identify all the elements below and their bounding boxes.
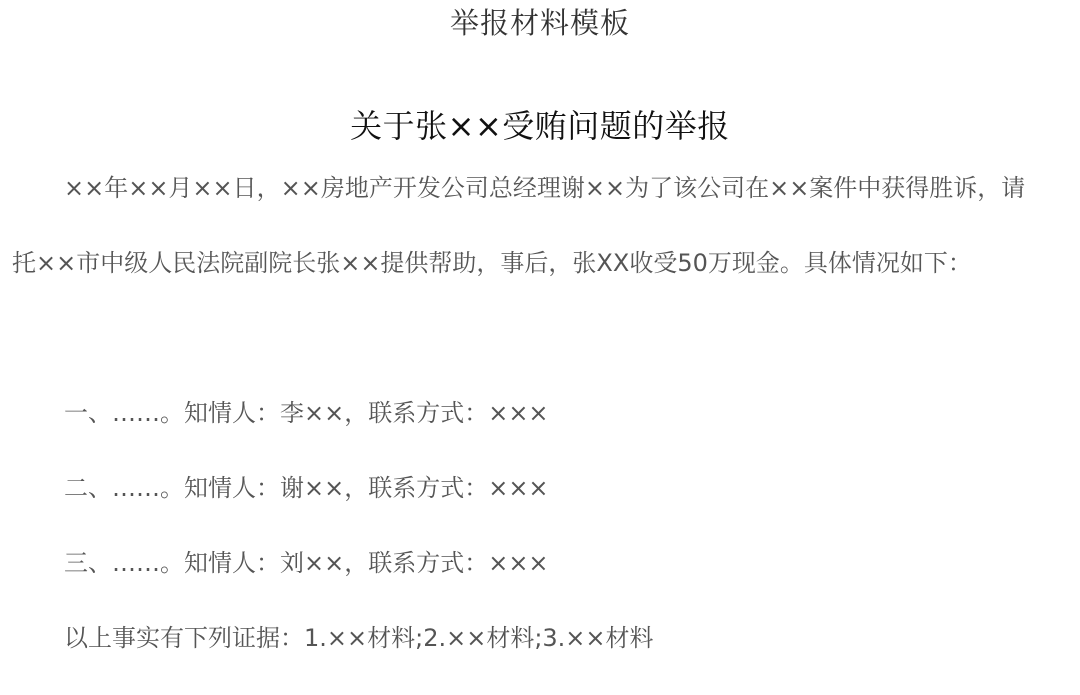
witness-item-2: 二、……。知情人：谢××，联系方式：××× bbox=[64, 451, 549, 526]
document-title: 举报材料模板 bbox=[0, 2, 1080, 44]
witness-item-1: 一、……。知情人：李××，联系方式：××× bbox=[64, 376, 549, 451]
witness-item-3: 三、……。知情人：刘××，联系方式：××× bbox=[64, 526, 549, 601]
report-heading: 关于张××受贿问题的举报 bbox=[0, 104, 1080, 148]
evidence-line: 以上事实有下列证据：1.××材料;2.××材料;3.××材料 bbox=[64, 601, 654, 676]
intro-paragraph: ××年××月××日，××房地产开发公司总经理谢××为了该公司在××案件中获得胜诉… bbox=[12, 151, 1036, 301]
witness-list: 一、……。知情人：李××，联系方式：××× 二、……。知情人：谢××，联系方式：… bbox=[64, 376, 549, 601]
